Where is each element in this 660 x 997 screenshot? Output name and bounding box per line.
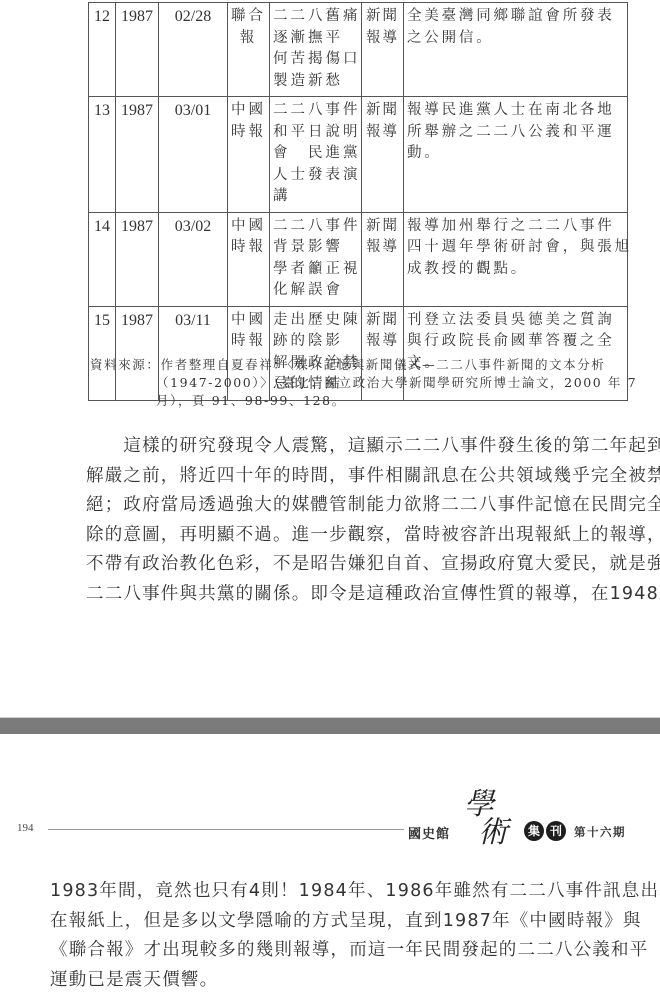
row-newspaper-line: 中國 [231,100,266,122]
row-description-line: 刊登立法委員吳德美之質詢 [407,310,624,332]
paragraph-line: 絕；政府當局透過強大的媒體管制能力欲將二二八事件記憶在民間完全抹 [86,491,646,521]
row-newspaper-line: 時報 [231,237,266,259]
row-type-line: 新聞 [365,6,400,28]
page-number: 194 [17,822,34,834]
source-note-line: （1947-2000）〉（臺北：國立政治大學新聞學研究所博士論文，2000 年 … [90,374,630,392]
body-paragraph-2: 1983年間，竟然也只有4則！1984年、1986年雖然有二二八事件訊息出現 在… [50,877,650,995]
paragraph-line: 1983年間，竟然也只有4則！1984年、1986年雖然有二二八事件訊息出現 [50,877,650,907]
row-headline-line: 講 [273,186,358,208]
paragraph-line: 二二八事件與共黨的關係。即令是這種政治宣傳性質的報導，在1948到 [86,580,646,610]
paragraph-line: 《聯合報》才出現較多的幾則報導，而這一年民間發起的二二八公義和平 [50,936,650,966]
row-description-line: 四十週年學術研討會，與張旭 [407,237,624,259]
news-report-table: 12198702/28聯合報二二八舊痛逐漸撫平何苦揭傷口製造新愁新聞報導全美臺灣… [88,2,628,401]
row-type-line: 報導 [365,28,400,50]
paragraph-line: 在報紙上，但是多以文學隱喻的方式呈現，直到1987年《中國時報》與 [50,907,650,937]
row-headline-line: 走出歷史陳 [273,310,358,332]
row-number: 13 [89,97,116,213]
row-headline-line: 二二八舊痛 [273,6,358,28]
row-description-line: 全美臺灣同鄉聯誼會所發表 [407,6,624,28]
row-description-line: 之公開信。 [407,28,624,50]
row-headline-line: 和平日說明 [273,122,358,144]
row-description: 報導民進黨人士在南北各地所舉辦之二二八公義和平運動。 [404,97,628,213]
paragraph-line: 運動已是震天價響。 [50,966,650,996]
row-headline: 二二八事件和平日說明會 民進黨人士發表演講 [270,97,362,213]
row-headline-line: 製造新愁 [273,71,358,93]
row-newspaper: 中國時報 [228,97,270,213]
row-newspaper-line: 中國 [231,216,266,238]
row-number: 12 [89,3,116,97]
row-type: 新聞報導 [362,212,404,306]
row-headline-line: 二二八事件 [273,216,358,238]
row-headline: 二二八舊痛逐漸撫平何苦揭傷口製造新愁 [270,3,362,97]
row-type: 新聞報導 [362,3,404,97]
row-year: 1987 [116,97,159,213]
row-headline-line: 何苦揭傷口 [273,49,358,71]
row-date: 03/01 [159,97,228,213]
row-headline-line: 學者籲正視 [273,259,358,281]
row-type-line: 報導 [365,237,400,259]
row-date: 02/28 [159,3,228,97]
page-separator [0,717,660,735]
journal-badges: 集 刊 [524,821,566,841]
paragraph-line: 這樣的研究發現令人震驚，這顯示二二八事件發生後的第二年起到 [86,432,646,462]
row-newspaper: 中國時報 [228,212,270,306]
journal-issue: 第十六期 [574,824,626,840]
row-newspaper-line: 時報 [231,122,266,144]
row-year: 1987 [116,212,159,306]
header-rule [48,829,404,830]
row-newspaper: 聯合報 [228,3,270,97]
journal-masthead: 國史館 學 術 集 刊 第十六期 [408,788,658,858]
row-date: 03/02 [159,212,228,306]
row-headline-line: 跡的陰影 [273,331,358,353]
row-type: 新聞報導 [362,97,404,213]
source-note-line: 月），頁 91、98-99、128。 [90,392,630,410]
row-type-line: 新聞 [365,310,400,332]
badge-kan: 刊 [546,821,566,841]
paragraph-line: 不帶有政治教化色彩，不是昭告嫌犯自首、宣揚政府寬大愛民，就是強調 [86,550,646,580]
row-description-line: 報導加州舉行之二二八事件 [407,216,624,238]
row-type-line: 新聞 [365,100,400,122]
table-row: 14198703/02中國時報二二八事件背景影響學者籲正視化解誤會新聞報導報導加… [89,212,628,306]
badge-ji: 集 [524,821,544,841]
table-row: 13198703/01中國時報二二八事件和平日說明會 民進黨人士發表演講新聞報導… [89,97,628,213]
journal-calligraphy-logo: 學 術 [464,790,494,820]
row-year: 1987 [116,3,159,97]
body-paragraph-1: 這樣的研究發現令人震驚，這顯示二二八事件發生後的第二年起到 解嚴之前，將近四十年… [86,432,646,609]
row-headline-line: 二二八事件 [273,100,358,122]
row-headline-line: 背景影響 [273,237,358,259]
row-headline-line: 化解誤會 [273,280,358,302]
row-newspaper-line: 中國 [231,310,266,332]
row-description-line: 與行政院長俞國華答覆之全 [407,331,624,353]
row-headline: 二二八事件背景影響學者籲正視化解誤會 [270,212,362,306]
source-note: 資料來源：作者整理自夏春祥：〈媒介記憶與新聞儀式—二二八事件新聞的文本分析 （1… [90,356,630,410]
row-description-line: 所舉辦之二二八公義和平運 [407,122,624,144]
paragraph-line: 除的意圖，再明顯不過。進一步觀察，當時被容許出現報紙上的報導，莫 [86,521,646,551]
row-headline-line: 會 民進黨 [273,143,358,165]
row-newspaper-line: 聯合 [231,6,266,28]
paragraph-line: 解嚴之前，將近四十年的時間，事件相關訊息在公共領域幾乎完全被禁 [86,462,646,492]
row-headline-line: 逐漸撫平 [273,28,358,50]
row-headline-line: 人士發表演 [273,165,358,187]
row-number: 14 [89,212,116,306]
table-row: 12198702/28聯合報二二八舊痛逐漸撫平何苦揭傷口製造新愁新聞報導全美臺灣… [89,3,628,97]
row-description-line: 成教授的觀點。 [407,259,624,281]
row-type-line: 報導 [365,331,400,353]
row-newspaper-line: 時報 [231,331,266,353]
journal-prefix: 國史館 [408,823,450,842]
row-description: 報導加州舉行之二二八事件四十週年學術研討會，與張旭成教授的觀點。 [404,212,628,306]
source-note-line: 資料來源：作者整理自夏春祥：〈媒介記憶與新聞儀式—二二八事件新聞的文本分析 [90,356,630,374]
page-upper: 12198702/28聯合報二二八舊痛逐漸撫平何苦揭傷口製造新愁新聞報導全美臺灣… [0,0,660,712]
row-newspaper-line: 報 [231,28,266,50]
calligraphy-char-2: 術 [478,818,508,848]
row-type-line: 新聞 [365,216,400,238]
row-type-line: 報導 [365,122,400,144]
row-description-line: 動。 [407,143,624,165]
row-description: 全美臺灣同鄉聯誼會所發表之公開信。 [404,3,628,97]
row-description-line: 報導民進黨人士在南北各地 [407,100,624,122]
